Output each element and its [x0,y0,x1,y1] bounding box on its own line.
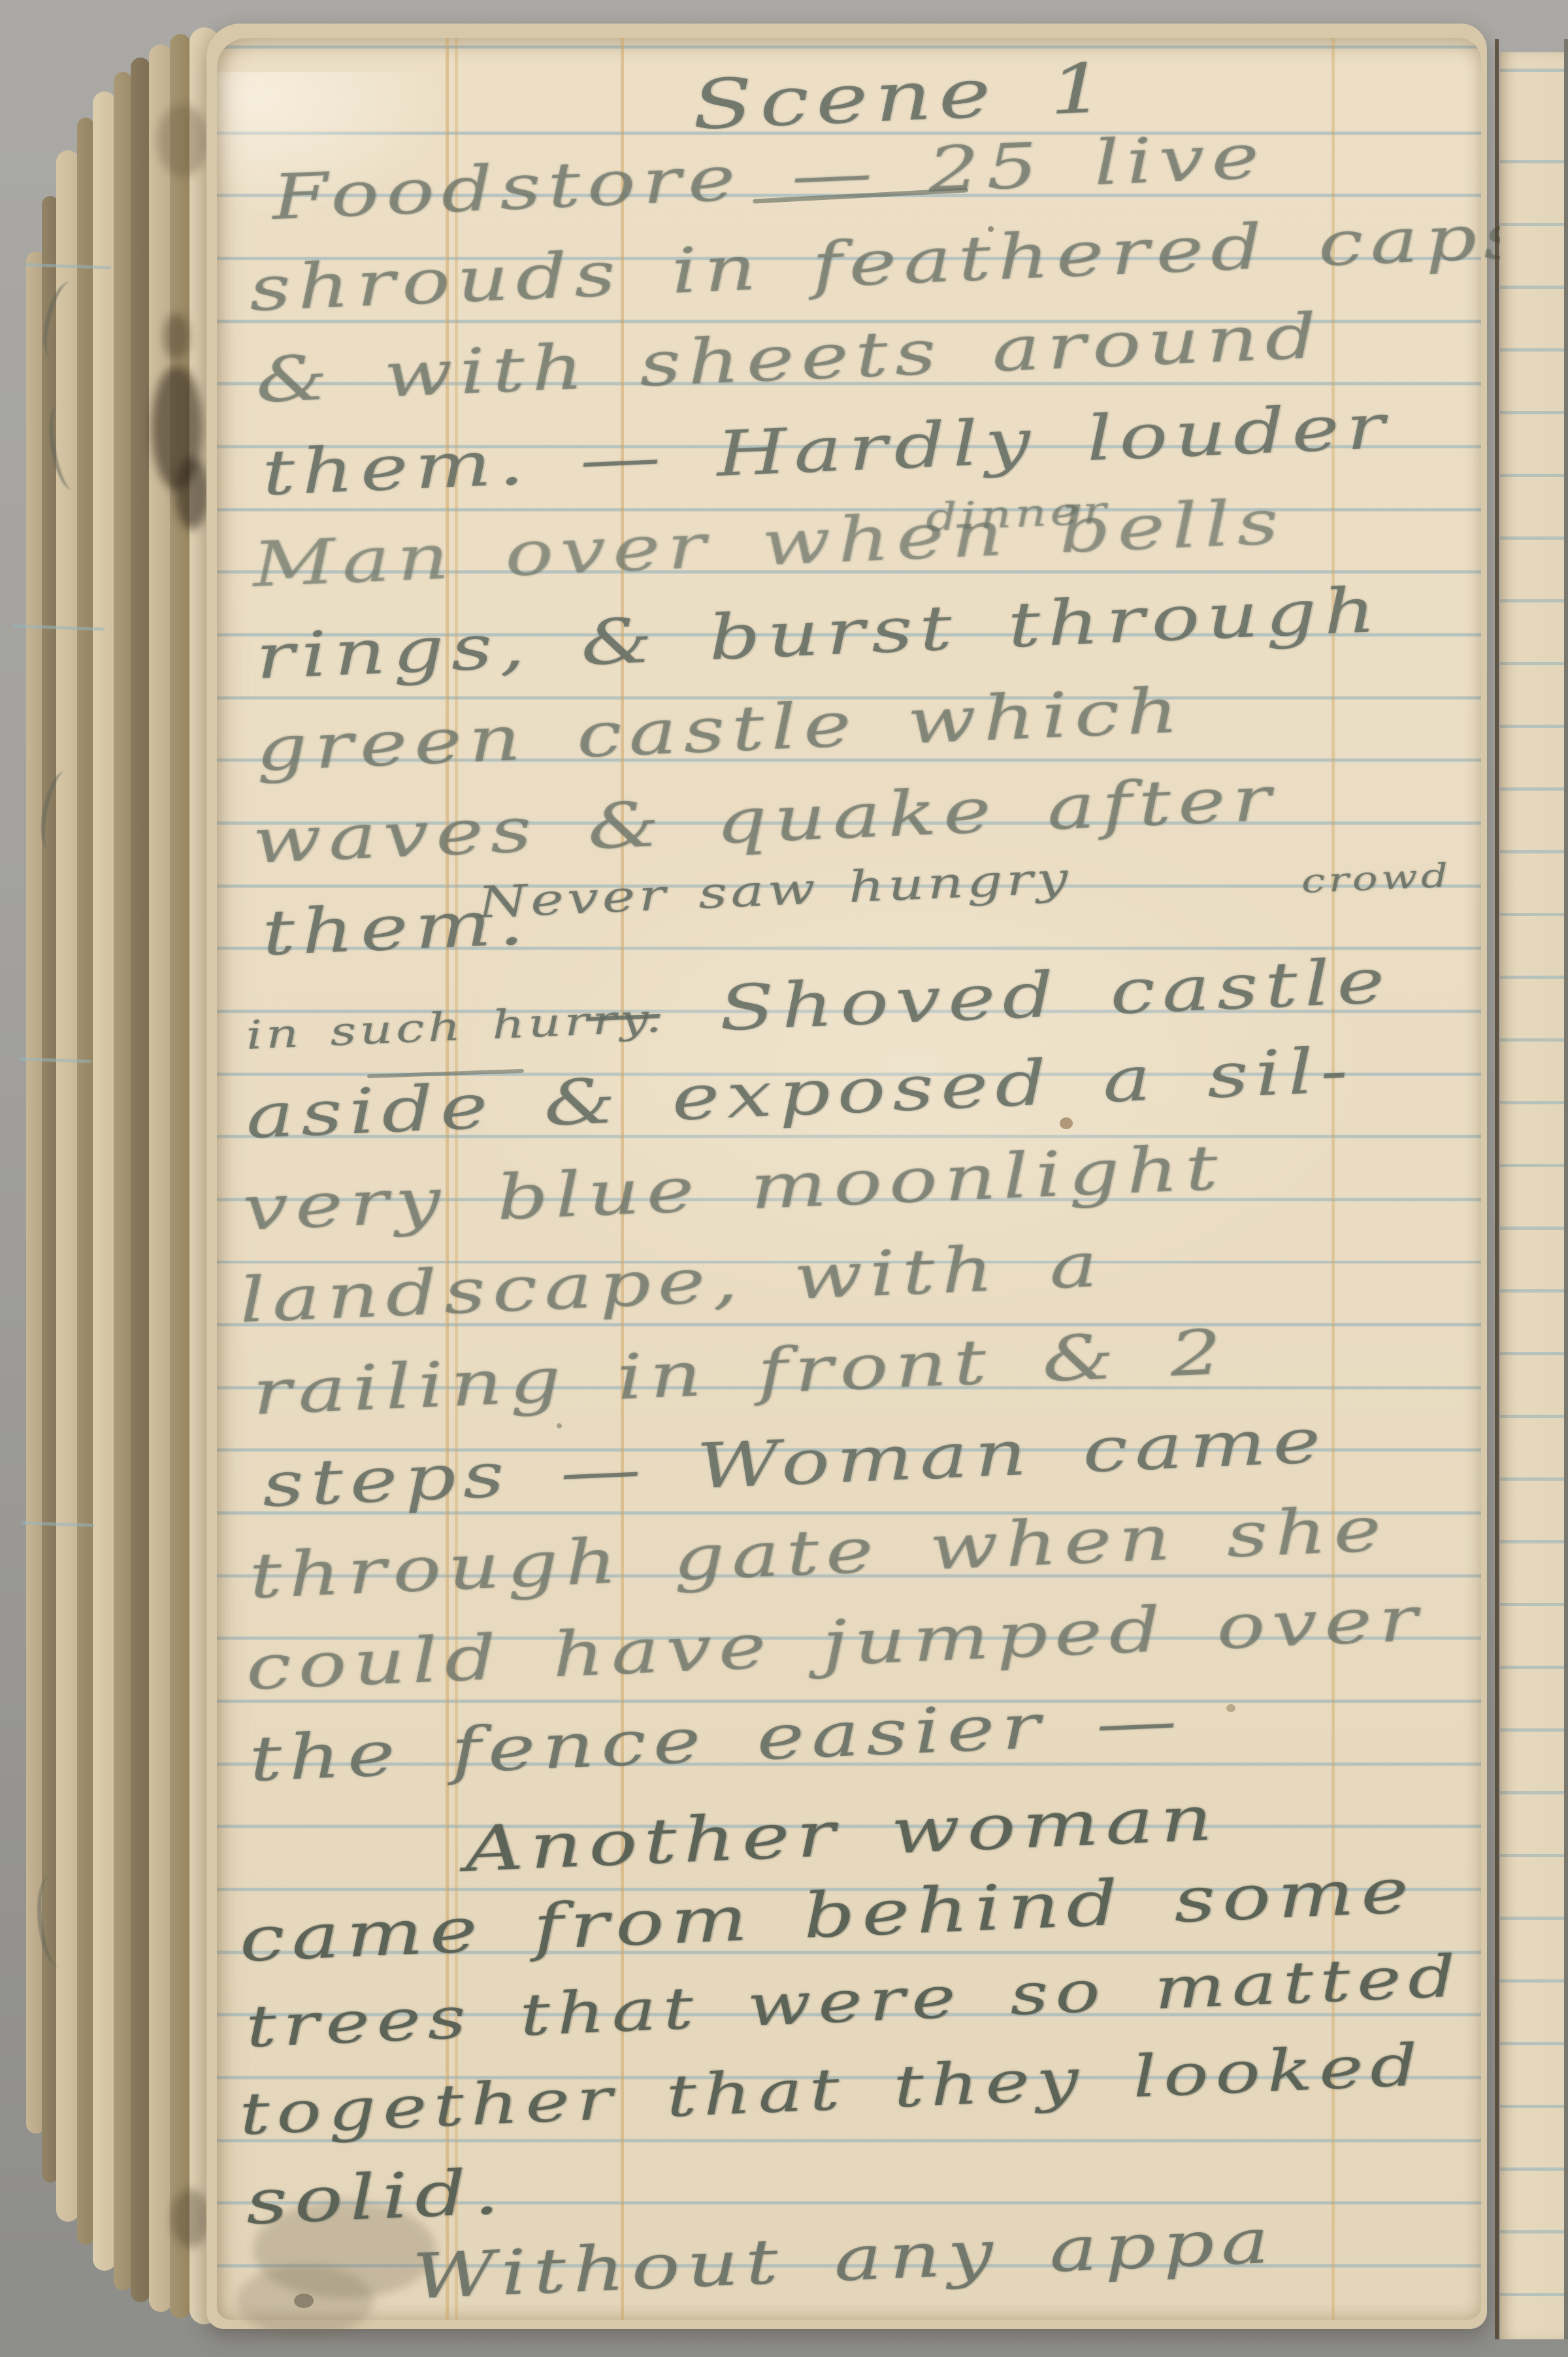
inserted-word: dinner [924,487,1110,540]
handwritten-line: the fence easier — [248,1685,1184,1796]
speck [1226,1704,1235,1712]
page-edge [114,72,132,2290]
handwritten-line: very blue moonlight [241,1132,1226,1245]
speck [1060,1117,1073,1129]
stain [157,105,209,176]
speck [557,1423,562,1428]
handwritten-line: — Shoved castle [581,945,1392,1051]
stain [163,314,189,359]
handwritten-line: landscape, with a [238,1229,1105,1337]
notebook-page: Scene 1 Foodstore — 25 live shrouds in f… [217,38,1481,2320]
speck [294,2294,314,2308]
stain [171,2189,210,2248]
page-edge [93,91,116,2271]
page-crease [1495,39,1499,2339]
handwritten-line: waves & quake after [251,763,1279,878]
handwritten-line: railing in front & 2 [251,1316,1230,1428]
handwritten-line: green castle which [254,674,1186,785]
handwritten-line: Without any appa [411,2205,1277,2313]
page-edge [131,58,150,2302]
handwritten-line: solid. [244,2156,507,2239]
page-edge-right [1564,39,1568,2339]
stain [175,457,209,529]
page-edge-stack [0,0,235,2357]
inserted-word: crowd [1301,856,1452,900]
page-edge [77,118,94,2245]
next-page-sliver [1500,52,1568,2339]
photo-backdrop: Scene 1 Foodstore — 25 live shrouds in f… [0,0,1568,2357]
